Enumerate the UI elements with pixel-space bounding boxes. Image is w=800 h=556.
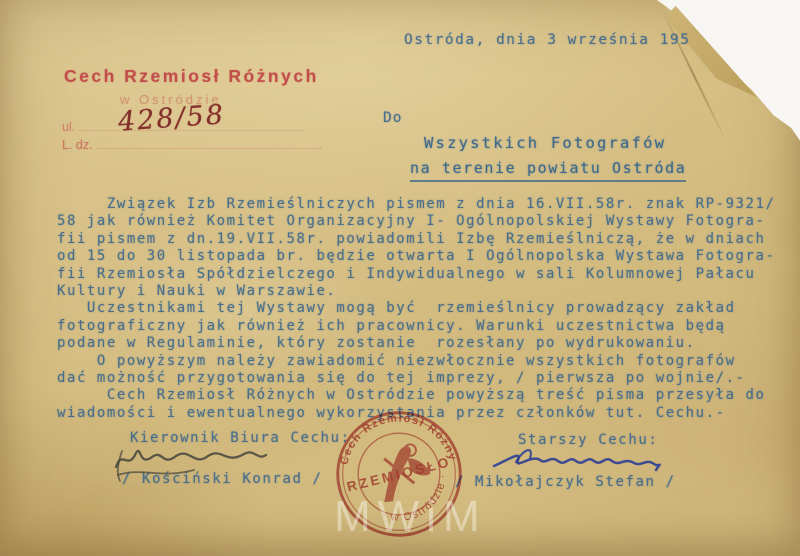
- body-line: fii pismem z dn.19.VII.58r. powiadomili …: [57, 231, 797, 248]
- letterhead-ref-line: L. dz.: [62, 138, 321, 152]
- body-line: od 15 do 30 listopada br. będzie otwarta…: [57, 248, 797, 265]
- body-line: fii Rzemiosła Spółdzielczego i Indywidua…: [57, 266, 797, 283]
- body-line: podane w Regulaminie, który zostanie roz…: [57, 335, 797, 352]
- handwritten-signature-right: [488, 440, 668, 482]
- recipient-salutation: Do: [383, 110, 402, 126]
- body-line: Związek Izb Rzemieślniczych pismem z dni…: [57, 196, 797, 213]
- date-line: Ostróda, dnia 3 września 195: [404, 32, 690, 48]
- letterhead-title: Cech Rzemiosł Różnych: [64, 66, 319, 87]
- ref-label: L. dz.: [62, 138, 93, 152]
- body-line: 58 jak również Komitet Organizacyjny I- …: [57, 213, 797, 230]
- street-label: ul.: [62, 120, 75, 134]
- scanned-letter: Ostróda, dnia 3 września 195 Cech Rzemio…: [0, 0, 800, 556]
- recipient-line2: na terenie powiatu Ostróda: [410, 159, 686, 182]
- ref-dotted-line: [96, 148, 321, 149]
- body-line: Kultury i Nauki w Warszawie.: [57, 283, 797, 300]
- handwritten-signature-left: [108, 437, 273, 483]
- body-line: fotograficzny jak również ich pracownicy…: [57, 318, 797, 335]
- recipient-line1: Wszystkich Fotografów: [424, 134, 666, 152]
- body-line: dać możność przygotowania się do tej imp…: [57, 370, 797, 387]
- body-line: O powyższym należy zawiadomić niezwłoczn…: [57, 353, 797, 370]
- museum-watermark: MWiM: [334, 492, 487, 542]
- body-line: Uczestnikami tej Wystawy mogą być rzemie…: [57, 300, 797, 317]
- letter-body: Związek Izb Rzemieślniczych pismem z dni…: [57, 196, 797, 422]
